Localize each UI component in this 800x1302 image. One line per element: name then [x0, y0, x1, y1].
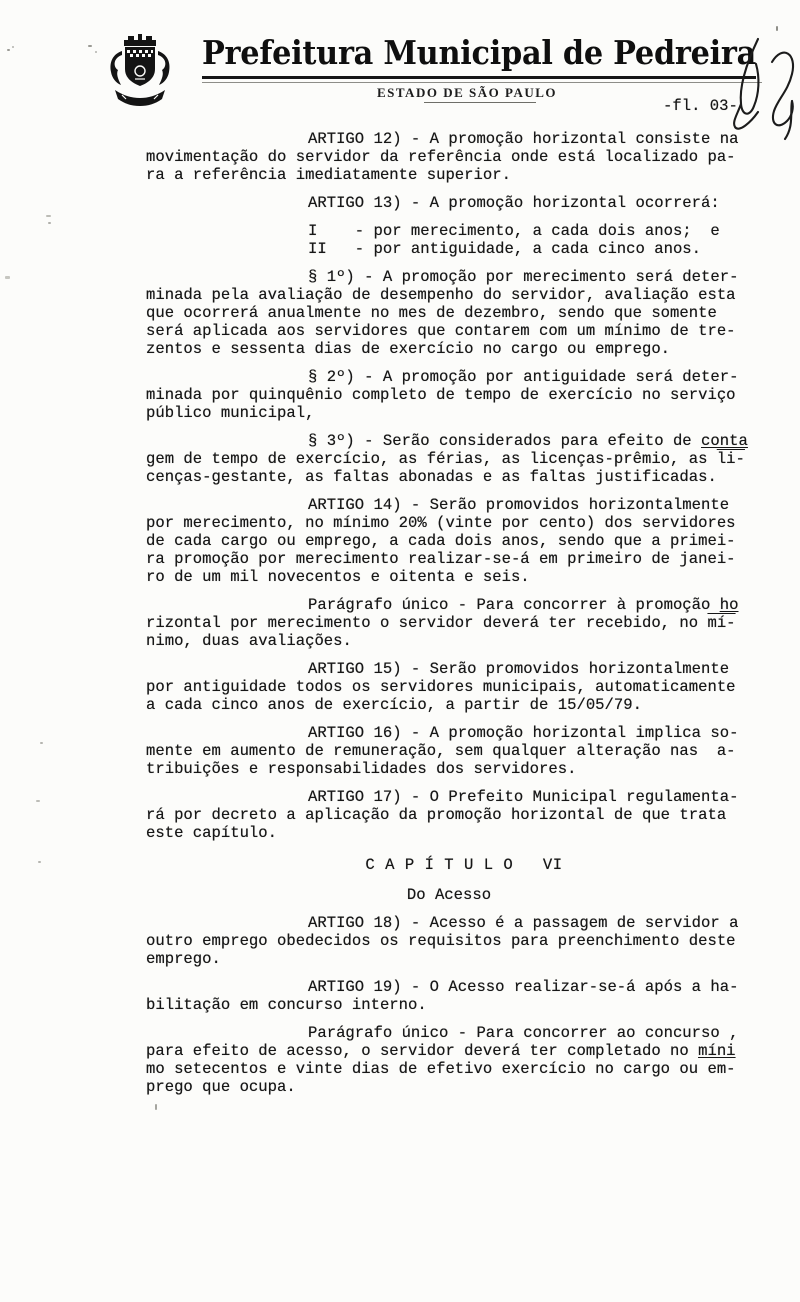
municipal-coat-of-arms-icon: [108, 28, 172, 108]
scan-speck: [12, 46, 14, 48]
capitulo-vi-heading: C A P Í T U L O VI: [146, 856, 752, 874]
document-body: ARTIGO 12) - A promoção horizontal consi…: [146, 130, 752, 1096]
paragrafo-unico-art19: Parágrafo único - Para concorrer ao conc…: [146, 1024, 752, 1096]
scanned-document-page: Prefeitura Municipal de Pedreira ESTADO …: [0, 0, 800, 1302]
letterhead-rule-thin: [202, 82, 762, 83]
scan-speck: [40, 742, 43, 744]
paragrafo-1: § 1º) - A promoção por merecimento será …: [146, 268, 752, 358]
artigo-12: ARTIGO 12) - A promoção horizontal consi…: [146, 130, 752, 184]
scan-speck: [7, 49, 10, 51]
paragrafo-2: § 2º) - A promoção por antiguidade será …: [146, 368, 752, 422]
scan-speck: [46, 215, 51, 217]
artigo-19: ARTIGO 19) - O Acesso realizar-se-á após…: [146, 978, 752, 1014]
artigo-15: ARTIGO 15) - Serão promovidos horizontal…: [146, 660, 752, 714]
artigo-13: ARTIGO 13) - A promoção horizontal ocorr…: [146, 194, 752, 212]
capitulo-vi-subheading: Do Acesso: [146, 886, 752, 904]
scan-speck: [155, 1104, 157, 1110]
artigo-16: ARTIGO 16) - A promoção horizontal impli…: [146, 724, 752, 778]
scan-speck: [88, 45, 92, 47]
scan-speck: [48, 222, 51, 224]
subtitle-underline: [424, 102, 536, 103]
page-folio-number: -fl. 03-: [663, 97, 738, 115]
letterhead-subtitle: ESTADO DE SÃO PAULO: [202, 85, 732, 101]
scan-speck: [95, 51, 97, 53]
scan-speck: [36, 800, 40, 802]
scan-speck: [38, 861, 41, 863]
letterhead-title: Prefeitura Municipal de Pedreira: [202, 33, 756, 72]
incisos-i-ii: I - por merecimento, a cada dois anos; e…: [146, 222, 752, 258]
handwritten-signature-icon: [731, 36, 800, 144]
scan-speck: [776, 26, 778, 31]
scan-speck: [5, 276, 10, 279]
artigo-18: ARTIGO 18) - Acesso é a passagem de serv…: [146, 914, 752, 968]
artigo-17: ARTIGO 17) - O Prefeito Municipal regula…: [146, 788, 752, 842]
letterhead-rule-thick: [202, 76, 756, 79]
paragrafo-3: § 3º) - Serão considerados para efeito d…: [146, 432, 752, 486]
paragrafo-unico-art14: Parágrafo único - Para concorrer à promo…: [146, 596, 752, 650]
artigo-14: ARTIGO 14) - Serão promovidos horizontal…: [146, 496, 752, 586]
